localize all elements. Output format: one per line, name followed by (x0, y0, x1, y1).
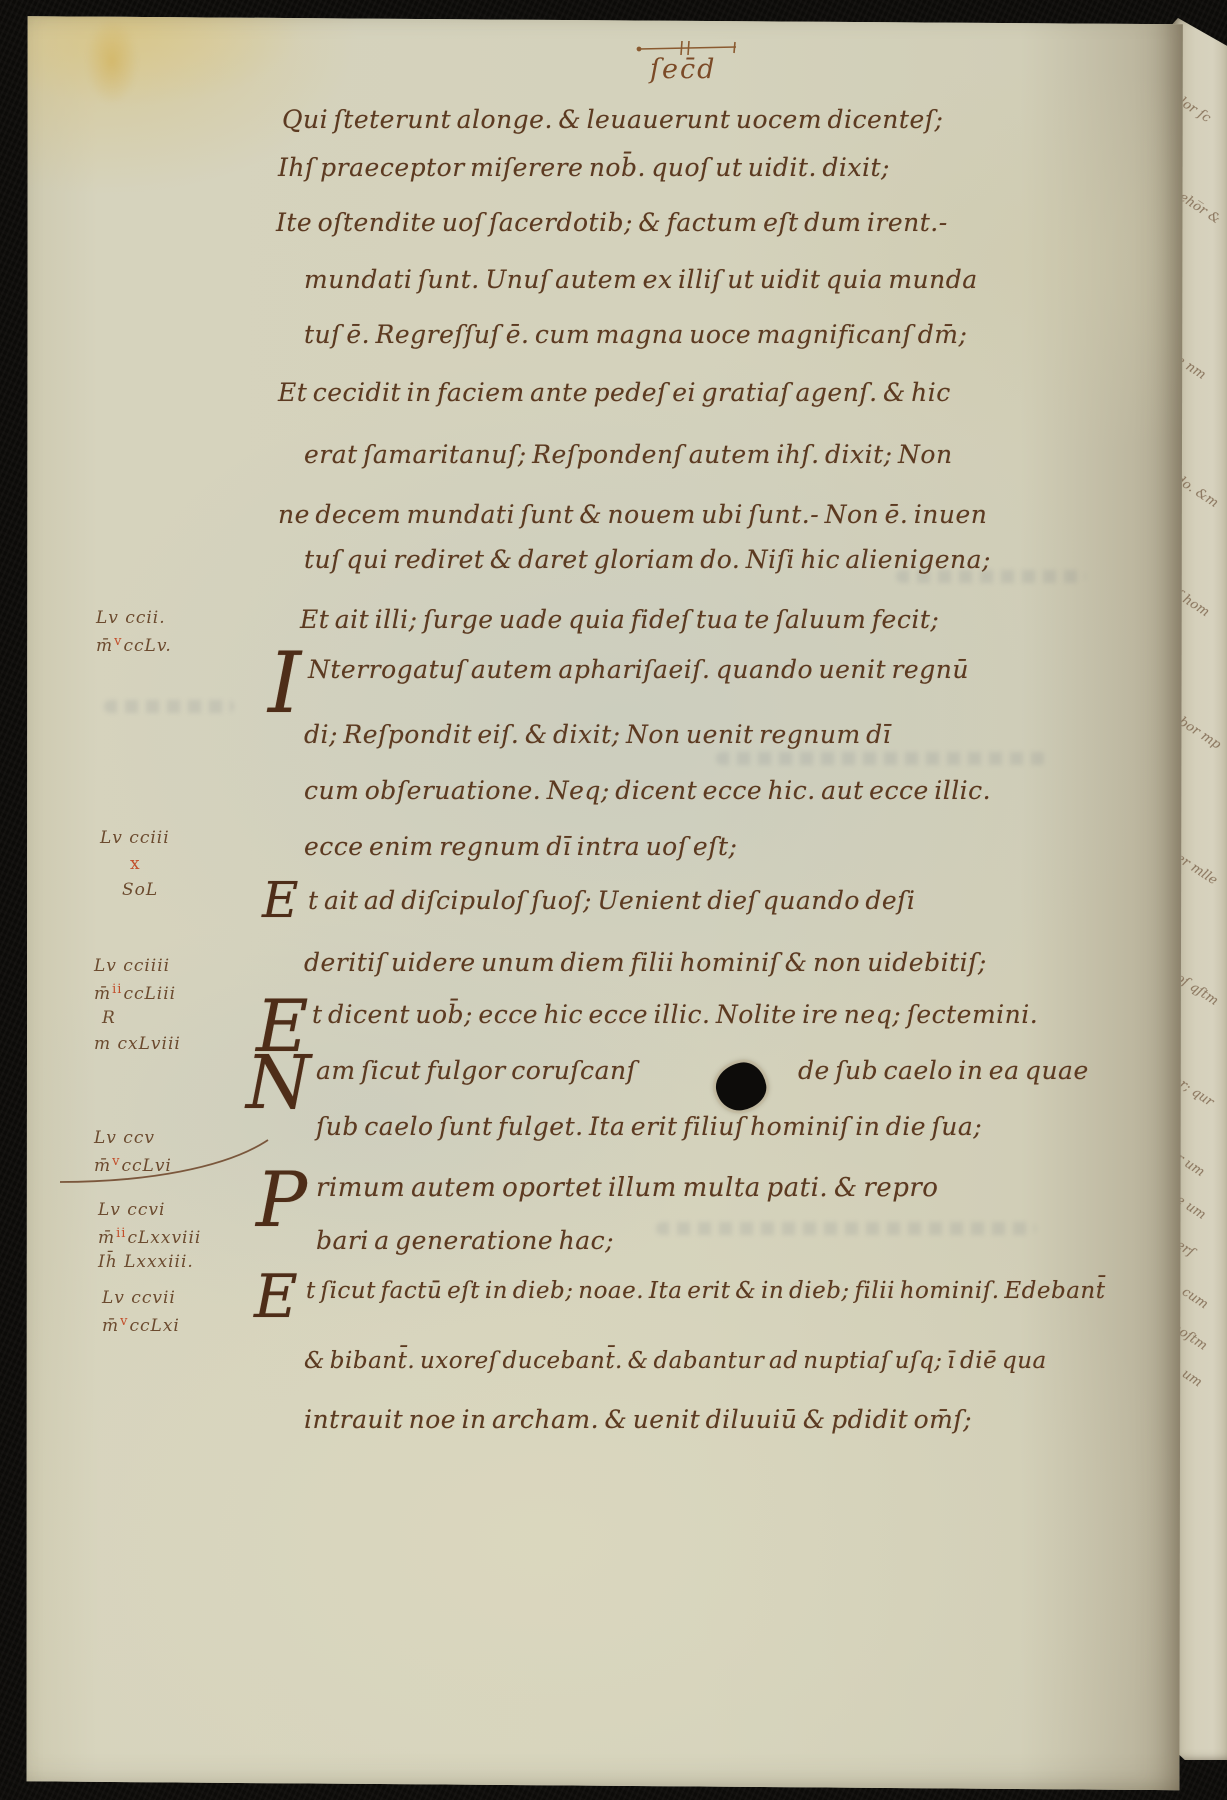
running-title: ſec̄d (650, 54, 716, 85)
text-line-21: bari a generatione hac; (316, 1226, 614, 1255)
canon-reference-line: m cxLviii (94, 1034, 181, 1060)
text-line-16: deritiſ uidere unum diem filii hominiſ &… (304, 948, 987, 977)
canon-reference-line: Lv cciii (100, 828, 170, 854)
decorated-initial-n-4: N (246, 1050, 311, 1117)
canon-reference-line: Lv ccv (94, 1128, 172, 1154)
canon-number: m̄ (96, 636, 113, 656)
text-line-5: tuſ ē. Regreſſuſ ē. cum magna uoce magni… (304, 320, 967, 349)
text-line-10: Et ait illi; ſurge uade quia fideſ tua t… (300, 605, 939, 634)
canon-margin-note-3: Lv cciiiim̄iiccLiiiRm cxLviii (94, 956, 181, 1060)
canon-number: ccLiii (123, 984, 176, 1004)
ink-showthrough (716, 752, 1046, 765)
canon-number-rubric: v (112, 1154, 120, 1169)
canon-margin-note-4: Lv ccvm̄vccLvi (94, 1128, 172, 1180)
decorated-initial-p-5: P (256, 1166, 307, 1234)
decorated-initial-e-2: E (262, 878, 299, 923)
canon-number: Lv ccvii (102, 1288, 176, 1308)
canon-margin-note-1: Lv ccii.m̄vccLv. (96, 608, 172, 660)
canon-number: m̄ (102, 1316, 119, 1336)
parchment-hole (712, 1059, 769, 1114)
text-line-7: erat ſamaritanuſ; Reſpondenſ autem ihſ. … (304, 440, 953, 469)
canon-reference-line: R (94, 1008, 181, 1034)
text-line-4: mundati ſunt. Unuſ autem ex illiſ ut uid… (304, 265, 978, 294)
text-line-13: cum obſeruatione. Neq; dicent ecce hic. … (304, 776, 991, 805)
canon-reference-line: Lv cciiii (94, 956, 181, 982)
text-line-17: t dicent uob̄; ecce hic ecce illic. Noli… (312, 1000, 1038, 1029)
canon-number: Lv cciii (100, 828, 170, 848)
parchment-stain (86, 18, 138, 104)
text-line-18: am ſicut fulgor coruſcanſ (316, 1056, 636, 1085)
text-line-3: Ite oſtendite uoſ ſacerdotib; & factum e… (276, 208, 948, 237)
canon-reference-line: SoL (100, 880, 170, 906)
canon-number-rubric: ii (112, 982, 122, 997)
text-line-20: rimum autem oportet illum multa pati. & … (316, 1173, 938, 1203)
canon-margin-note-2: Lv cciiixSoL (100, 828, 170, 906)
canon-number: Ih̄ Lxxxiii. (98, 1252, 194, 1272)
canon-number: SoL (122, 880, 158, 900)
canon-margin-note-5: Lv ccvim̄iicLxxviiiIh̄ Lxxxiii. (98, 1200, 201, 1278)
ink-showthrough (104, 700, 234, 713)
canon-number-rubric: v (114, 634, 122, 649)
canon-reference-line: m̄vccLxi (102, 1314, 180, 1340)
canon-reference-line: Lv ccii. (96, 608, 172, 634)
decorated-initial-e-6: E (254, 1270, 298, 1324)
text-line-12: di; Reſpondit eiſ. & dixit; Non uenit re… (304, 720, 891, 749)
canon-number: m̄ (98, 1228, 115, 1248)
canon-reference-line: Ih̄ Lxxxiii. (98, 1252, 201, 1278)
decorated-initial-i-1: I (268, 646, 301, 722)
canon-number: m cxLviii (94, 1034, 181, 1054)
canon-number: Lv cciiii (94, 956, 170, 976)
canon-number: m̄ (94, 984, 111, 1004)
canon-reference-line: m̄vccLv. (96, 634, 172, 660)
canon-reference-line: Lv ccvii (102, 1288, 180, 1314)
text-line-1: Qui ſteterunt alonge. & leuauerunt uocem… (282, 105, 943, 134)
text-line-18: de ſub caelo in ea quae (798, 1056, 1089, 1085)
text-line-2: Ihſ praeceptor miſerere nob̄. quoſ ut ui… (278, 153, 890, 182)
text-line-9: tuſ qui rediret & daret gloriam do. Niſi… (304, 545, 991, 574)
canon-reference-line: m̄iiccLiii (94, 982, 181, 1008)
canon-number: cLxxviii (127, 1228, 201, 1248)
text-line-8: ne decem mundati ſunt & nouem ubi ſunt.-… (278, 500, 987, 529)
text-line-22: t ſicut factū eſt in dieb; noae. Ita eri… (306, 1278, 1105, 1304)
ink-showthrough (656, 1222, 1036, 1235)
text-line-6: Et cecidit in faciem ante pedeſ ei grati… (278, 378, 951, 407)
canon-reference-line: x (100, 854, 170, 880)
canon-number-rubric: v (120, 1314, 128, 1329)
canon-number-rubric: ii (116, 1226, 126, 1241)
text-line-15: t ait ad diſcipuloſ ſuoſ; Uenient dieſ q… (308, 886, 915, 915)
canon-number: ccLvi (121, 1156, 171, 1176)
text-line-24: intrauit noe in archam. & uenit diluuiū … (304, 1405, 972, 1434)
canon-number: Lv ccvi (98, 1200, 165, 1220)
canon-margin-note-6: Lv ccviim̄vccLxi (102, 1288, 180, 1340)
canon-number: m̄ (94, 1156, 111, 1176)
text-line-19: ſub caelo ſunt fulget. Ita erit filiuſ h… (316, 1112, 982, 1141)
text-line-23: & bibant̄. uxoreſ ducebant̄. & dabantur … (304, 1348, 1047, 1374)
canon-number-rubric: x (130, 854, 141, 874)
canon-number: Lv ccv (94, 1128, 155, 1148)
manuscript-page: ſec̄d Qui ſteterunt alonge. & leuauerunt… (16, 10, 1184, 1792)
canon-number: ccLv. (123, 636, 171, 656)
canon-reference-line: Lv ccvi (98, 1200, 201, 1226)
photo-stage: mlor ſcmeho̅r &he nmedo. &meſ homlebor m… (0, 0, 1227, 1800)
canon-reference-line: m̄vccLvi (94, 1154, 172, 1180)
text-line-11: Nterrogatuſ autem aphariſaeiſ. quando ue… (308, 655, 969, 684)
canon-reference-line: m̄iicLxxviii (98, 1226, 201, 1252)
canon-number: ccLxi (129, 1316, 179, 1336)
canon-number: R (102, 1008, 116, 1028)
text-line-14: ecce enim regnum dī intra uoſ eſt; (304, 832, 737, 861)
canon-number: Lv ccii. (96, 608, 166, 628)
